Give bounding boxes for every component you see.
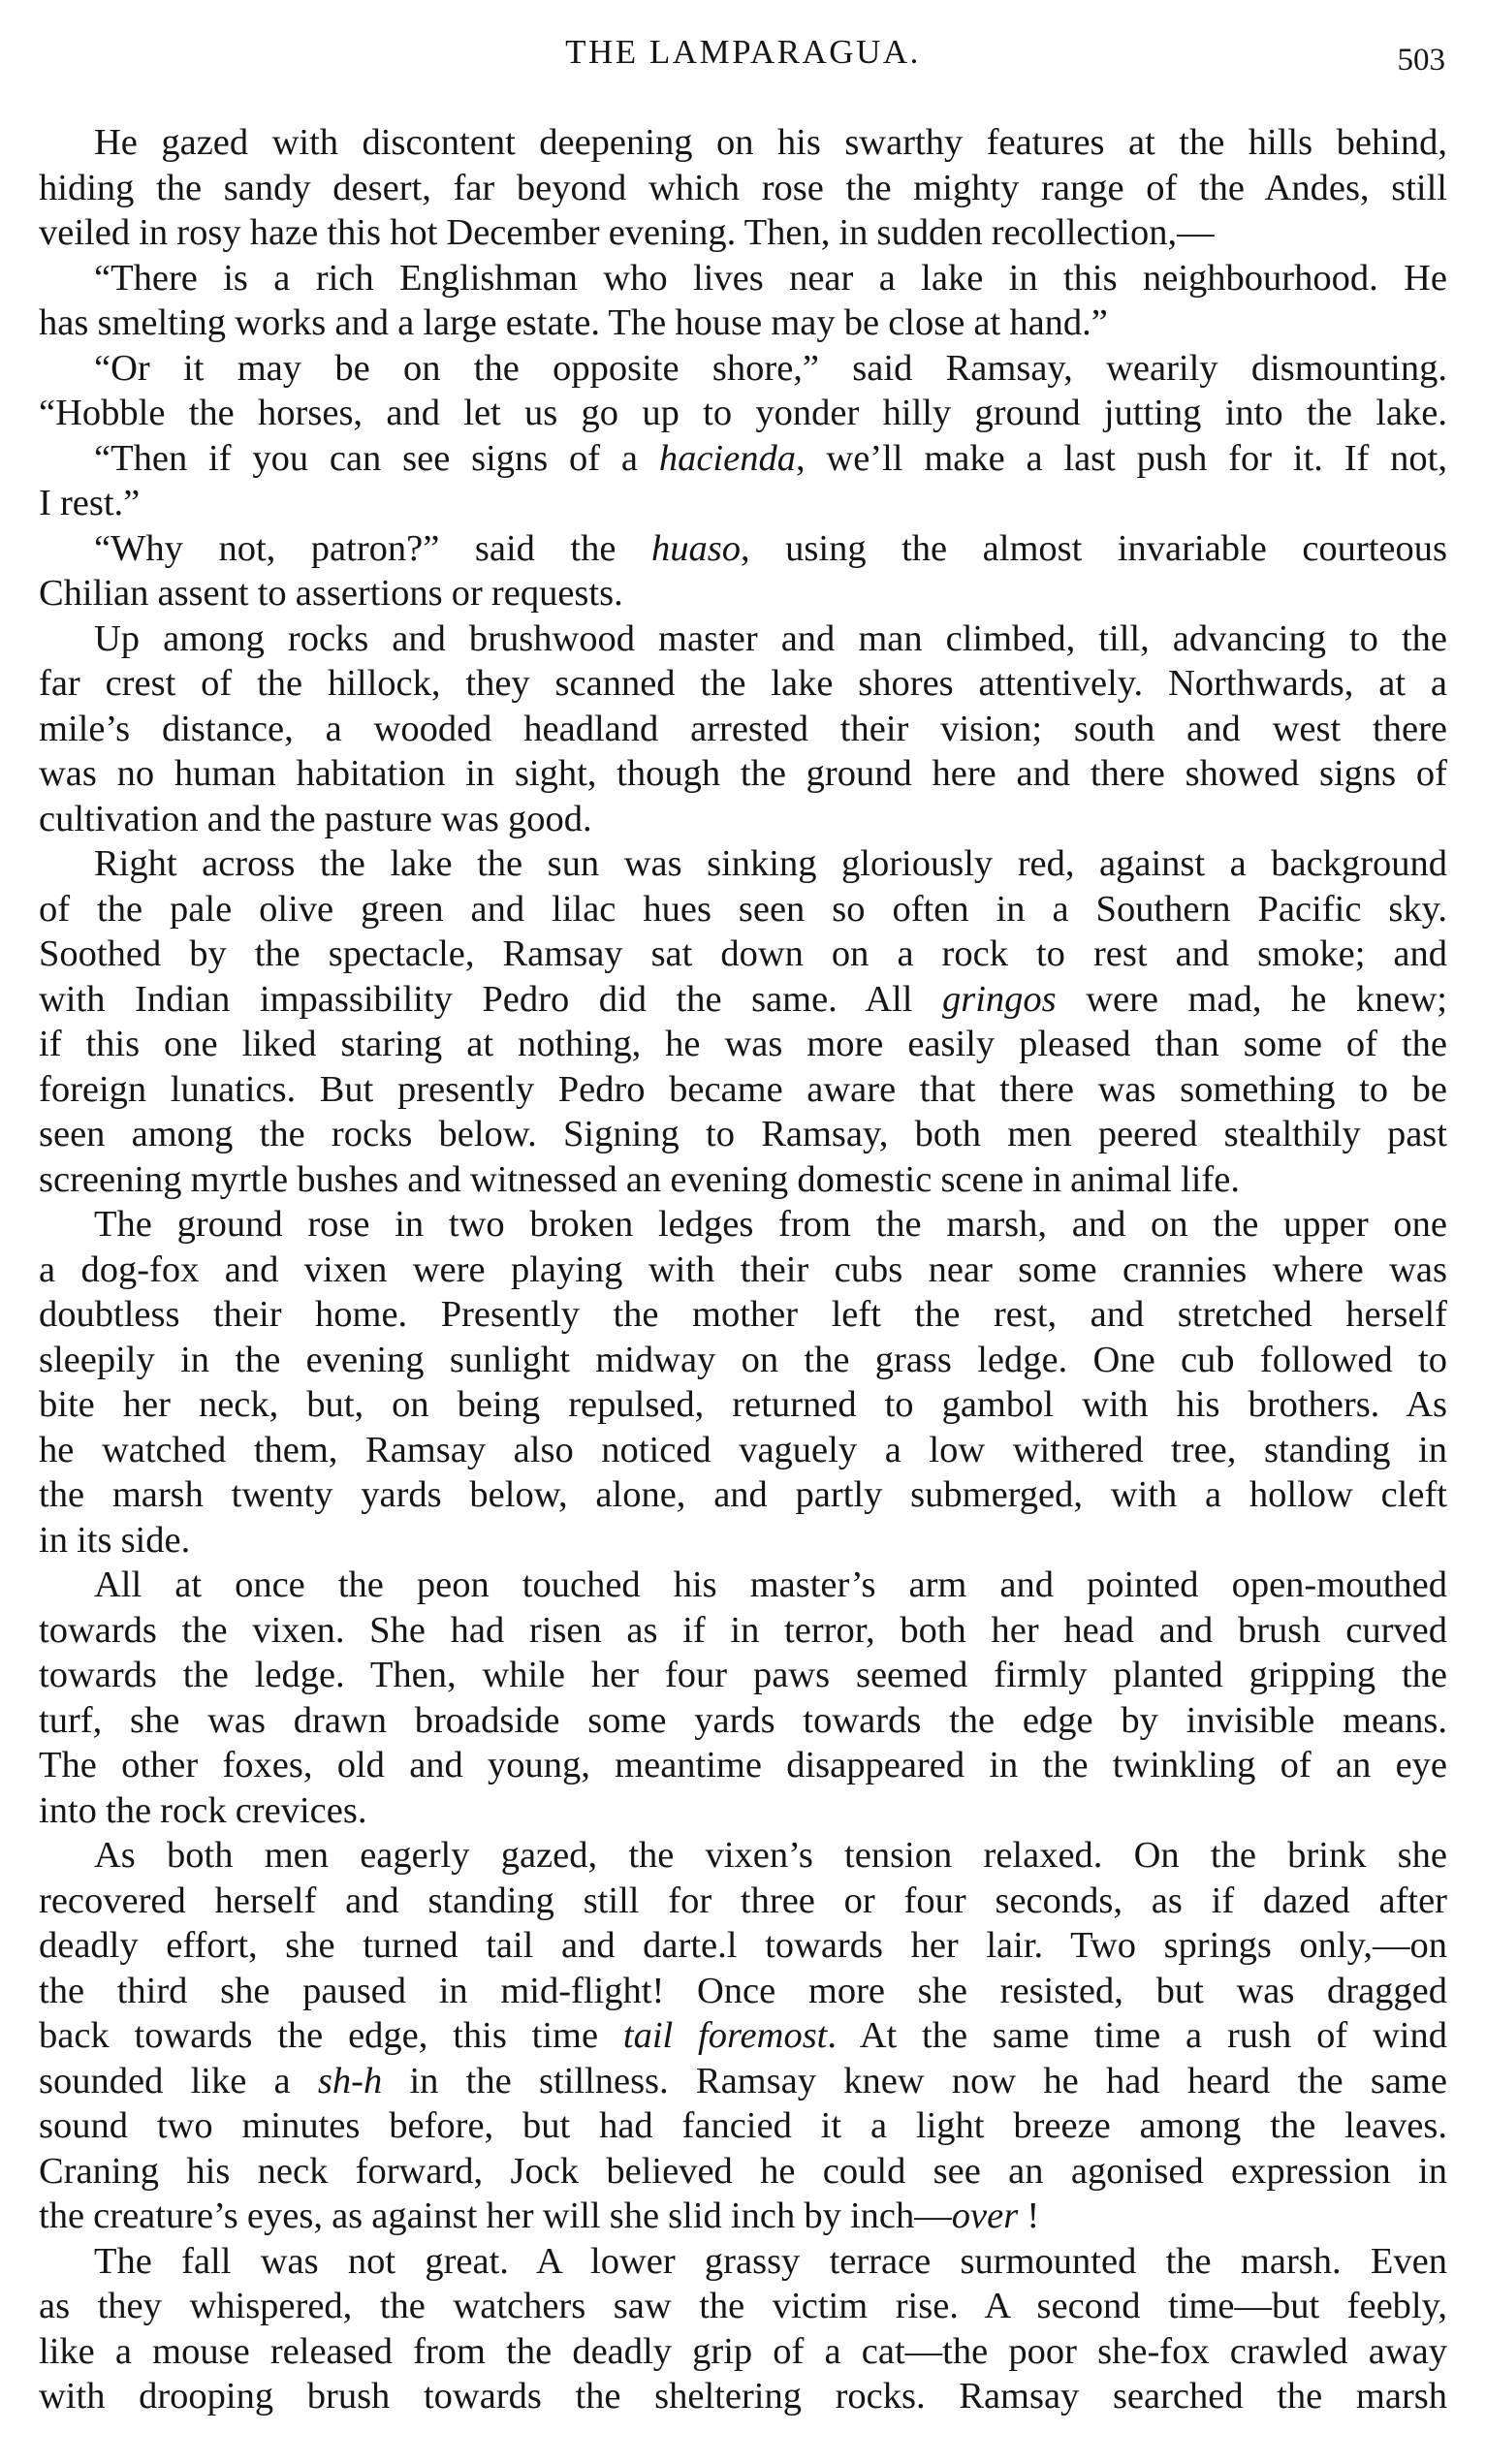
text-run: “Hobble the horses, and let us go up to … [39,393,1447,433]
text-run: As both men eagerly gazed, the vixen’s t… [94,1835,1447,1876]
running-head: THE LAMPARAGUA. 503 [0,29,1486,78]
italic-phrase: huaso [651,528,741,569]
text-line: The fall was not great. A lower grassy t… [39,2239,1447,2284]
text-run: The fall was not great. A lower grassy t… [94,2241,1447,2282]
text-run: The ground rose in two broken ledges fro… [94,1204,1447,1245]
text-run: a dog-fox and vixen were playing with th… [39,1249,1447,1290]
text-line: the creature’s eyes, as against her will… [39,2194,1447,2238]
text-run: cultivation and the pasture was good. [39,799,592,839]
text-line: foreign lunatics. But presently Pedro be… [39,1067,1447,1112]
text-line: of the pale olive green and lilac hues s… [39,887,1447,932]
text-run: towards the ledge. Then, while her four … [39,1655,1447,1695]
text-run: “Then if you can see signs of a [94,438,659,479]
text-line: towards the ledge. Then, while her four … [39,1653,1447,1697]
text-run: in its side. [39,1520,190,1561]
text-run: veiled in rosy haze this hot December ev… [39,212,1215,253]
text-line: “Why not, patron?” said the huaso, using… [39,526,1447,571]
text-run: Chilian assent to assertions or requests… [39,573,623,614]
text-run: doubtless their home. Presently the moth… [39,1294,1447,1335]
text-run: towards the vixen. She had risen as if i… [39,1610,1447,1651]
text-run: Up among rocks and brushwood master and … [94,618,1447,659]
text-line: sleepily in the evening sunlight midway … [39,1338,1447,1382]
text-run: Right across the lake the sun was sinkin… [94,843,1447,884]
text-run: foreign lunatics. But presently Pedro be… [39,1069,1447,1110]
text-line: has smelting works and a large estate. T… [39,300,1447,345]
text-line: sounded like a sh-h in the stillness. Ra… [39,2059,1447,2103]
text-line: Right across the lake the sun was sinkin… [39,841,1447,886]
text-run: has smelting works and a large estate. T… [39,302,1108,343]
text-run: of the pale olive green and lilac hues s… [39,889,1447,930]
text-run: “Why not, patron?” said the [94,528,651,569]
text-line: “Then if you can see signs of a hacienda… [39,436,1447,481]
text-line: “There is a rich Englishman who lives ne… [39,256,1447,300]
text-run: “There is a rich Englishman who lives ne… [94,258,1447,299]
text-line: Chilian assent to assertions or requests… [39,571,1447,616]
text-line: The other foxes, old and young, meantime… [39,1743,1447,1787]
text-run: he watched them, Ramsay also noticed vag… [39,1430,1447,1470]
text-run: sleepily in the evening sunlight midway … [39,1340,1447,1380]
text-run: mile’s distance, a wooded headland arres… [39,709,1447,749]
text-run: , we’ll make a last push for it. If not, [796,438,1447,479]
text-run: seen among the rocks below. Signing to R… [39,1114,1447,1154]
italic-phrase: over [952,2195,1018,2236]
text-run: sounded like a [39,2061,318,2101]
text-line: cultivation and the pasture was good. [39,797,1447,841]
text-line: He gazed with discontent deepening on hi… [39,120,1447,165]
text-line: towards the vixen. She had risen as if i… [39,1608,1447,1653]
text-run: hiding the sandy desert, far beyond whic… [39,168,1447,208]
text-run: bite her neck, but, on being repulsed, r… [39,1384,1447,1425]
text-run: was no human habitation in sight, though… [39,753,1447,794]
text-run: Craning his neck forward, Jock believed … [39,2151,1447,2192]
text-line: back towards the edge, this time tail fo… [39,2013,1447,2058]
text-run: sound two minutes before, but had fancie… [39,2105,1447,2146]
text-line: in its side. [39,1518,1447,1563]
text-line: As both men eagerly gazed, the vixen’s t… [39,1833,1447,1878]
text-line: Up among rocks and brushwood master and … [39,616,1447,661]
italic-phrase: hacienda [659,438,796,479]
text-line: I rest.” [39,481,1447,525]
text-line: the marsh twenty yards below, alone, and… [39,1472,1447,1517]
text-line: was no human habitation in sight, though… [39,751,1447,796]
text-line: deadly effort, she turned tail and darte… [39,1923,1447,1968]
text-line: recovered herself and standing still for… [39,1879,1447,1923]
text-line: he watched them, Ramsay also noticed vag… [39,1428,1447,1472]
text-line: seen among the rocks below. Signing to R… [39,1112,1447,1156]
text-line: the third she paused in mid-flight! Once… [39,1969,1447,2013]
text-line: Craning his neck forward, Jock believed … [39,2149,1447,2194]
text-run: if this one liked staring at nothing, he… [39,1024,1447,1064]
text-run: I rest.” [39,483,140,523]
text-run: the creature’s eyes, as against her will… [39,2195,952,2236]
text-run: All at once the peon touched his master’… [94,1564,1447,1605]
text-run: deadly effort, she turned tail and darte… [39,1925,1447,1966]
text-line: far crest of the hillock, they scanned t… [39,661,1447,706]
italic-phrase: gringos [942,979,1057,1020]
running-title: THE LAMPARAGUA. [0,31,1486,74]
text-line: “Hobble the horses, and let us go up to … [39,391,1447,435]
text-run: back towards the edge, this time [39,2015,623,2056]
italic-phrase: sh-h [318,2061,382,2101]
text-run: recovered herself and standing still for… [39,1880,1447,1921]
text-run: Soothed by the spectacle, Ramsay sat dow… [39,933,1447,974]
text-run: as they whispered, the watchers saw the … [39,2286,1447,2326]
text-run: far crest of the hillock, they scanned t… [39,663,1447,704]
text-line: like a mouse released from the deadly gr… [39,2329,1447,2374]
page-number: 503 [1398,39,1446,81]
text-run: ! [1018,2195,1039,2236]
text-line: doubtless their home. Presently the moth… [39,1292,1447,1337]
text-run: turf, she was drawn broadside some yards… [39,1700,1447,1741]
text-line: All at once the peon touched his master’… [39,1563,1447,1607]
text-line: a dog-fox and vixen were playing with th… [39,1248,1447,1292]
italic-phrase: tail foremost [623,2015,827,2056]
text-run: “Or it may be on the opposite shore,” sa… [94,348,1447,389]
text-run: the third she paused in mid-flight! Once… [39,1971,1447,2011]
text-line: The ground rose in two broken ledges fro… [39,1202,1447,1247]
text-run: were mad, he knew; [1057,979,1447,1020]
text-line: as they whispered, the watchers saw the … [39,2284,1447,2328]
text-run: with Indian impassibility Pedro did the … [39,979,942,1020]
text-run: , using the almost invariable courteous [741,528,1447,569]
text-line: turf, she was drawn broadside some yards… [39,1698,1447,1743]
text-line: veiled in rosy haze this hot December ev… [39,210,1447,255]
text-line: if this one liked staring at nothing, he… [39,1022,1447,1066]
text-line: hiding the sandy desert, far beyond whic… [39,166,1447,210]
text-line: sound two minutes before, but had fancie… [39,2103,1447,2148]
text-line: with drooping brush towards the shelteri… [39,2374,1447,2418]
text-line: screening myrtle bushes and witnessed an… [39,1157,1447,1202]
text-run: like a mouse released from the deadly gr… [39,2331,1447,2372]
text-run: The other foxes, old and young, meantime… [39,1745,1447,1785]
text-line: Soothed by the spectacle, Ramsay sat dow… [39,932,1447,976]
text-run: in the stillness. Ramsay knew now he had… [382,2061,1447,2101]
text-line: bite her neck, but, on being repulsed, r… [39,1382,1447,1427]
text-run: into the rock crevices. [39,1790,366,1831]
text-run: the marsh twenty yards below, alone, and… [39,1474,1447,1515]
text-run: He gazed with discontent deepening on hi… [94,122,1447,163]
text-line: into the rock crevices. [39,1788,1447,1833]
text-run: . At the same time a rush of wind [827,2015,1447,2056]
text-run: screening myrtle bushes and witnessed an… [39,1159,1240,1200]
text-line: with Indian impassibility Pedro did the … [39,977,1447,1022]
text-line: mile’s distance, a wooded headland arres… [39,707,1447,751]
text-line: “Or it may be on the opposite shore,” sa… [39,346,1447,391]
text-run: with drooping brush towards the shelteri… [39,2376,1447,2417]
